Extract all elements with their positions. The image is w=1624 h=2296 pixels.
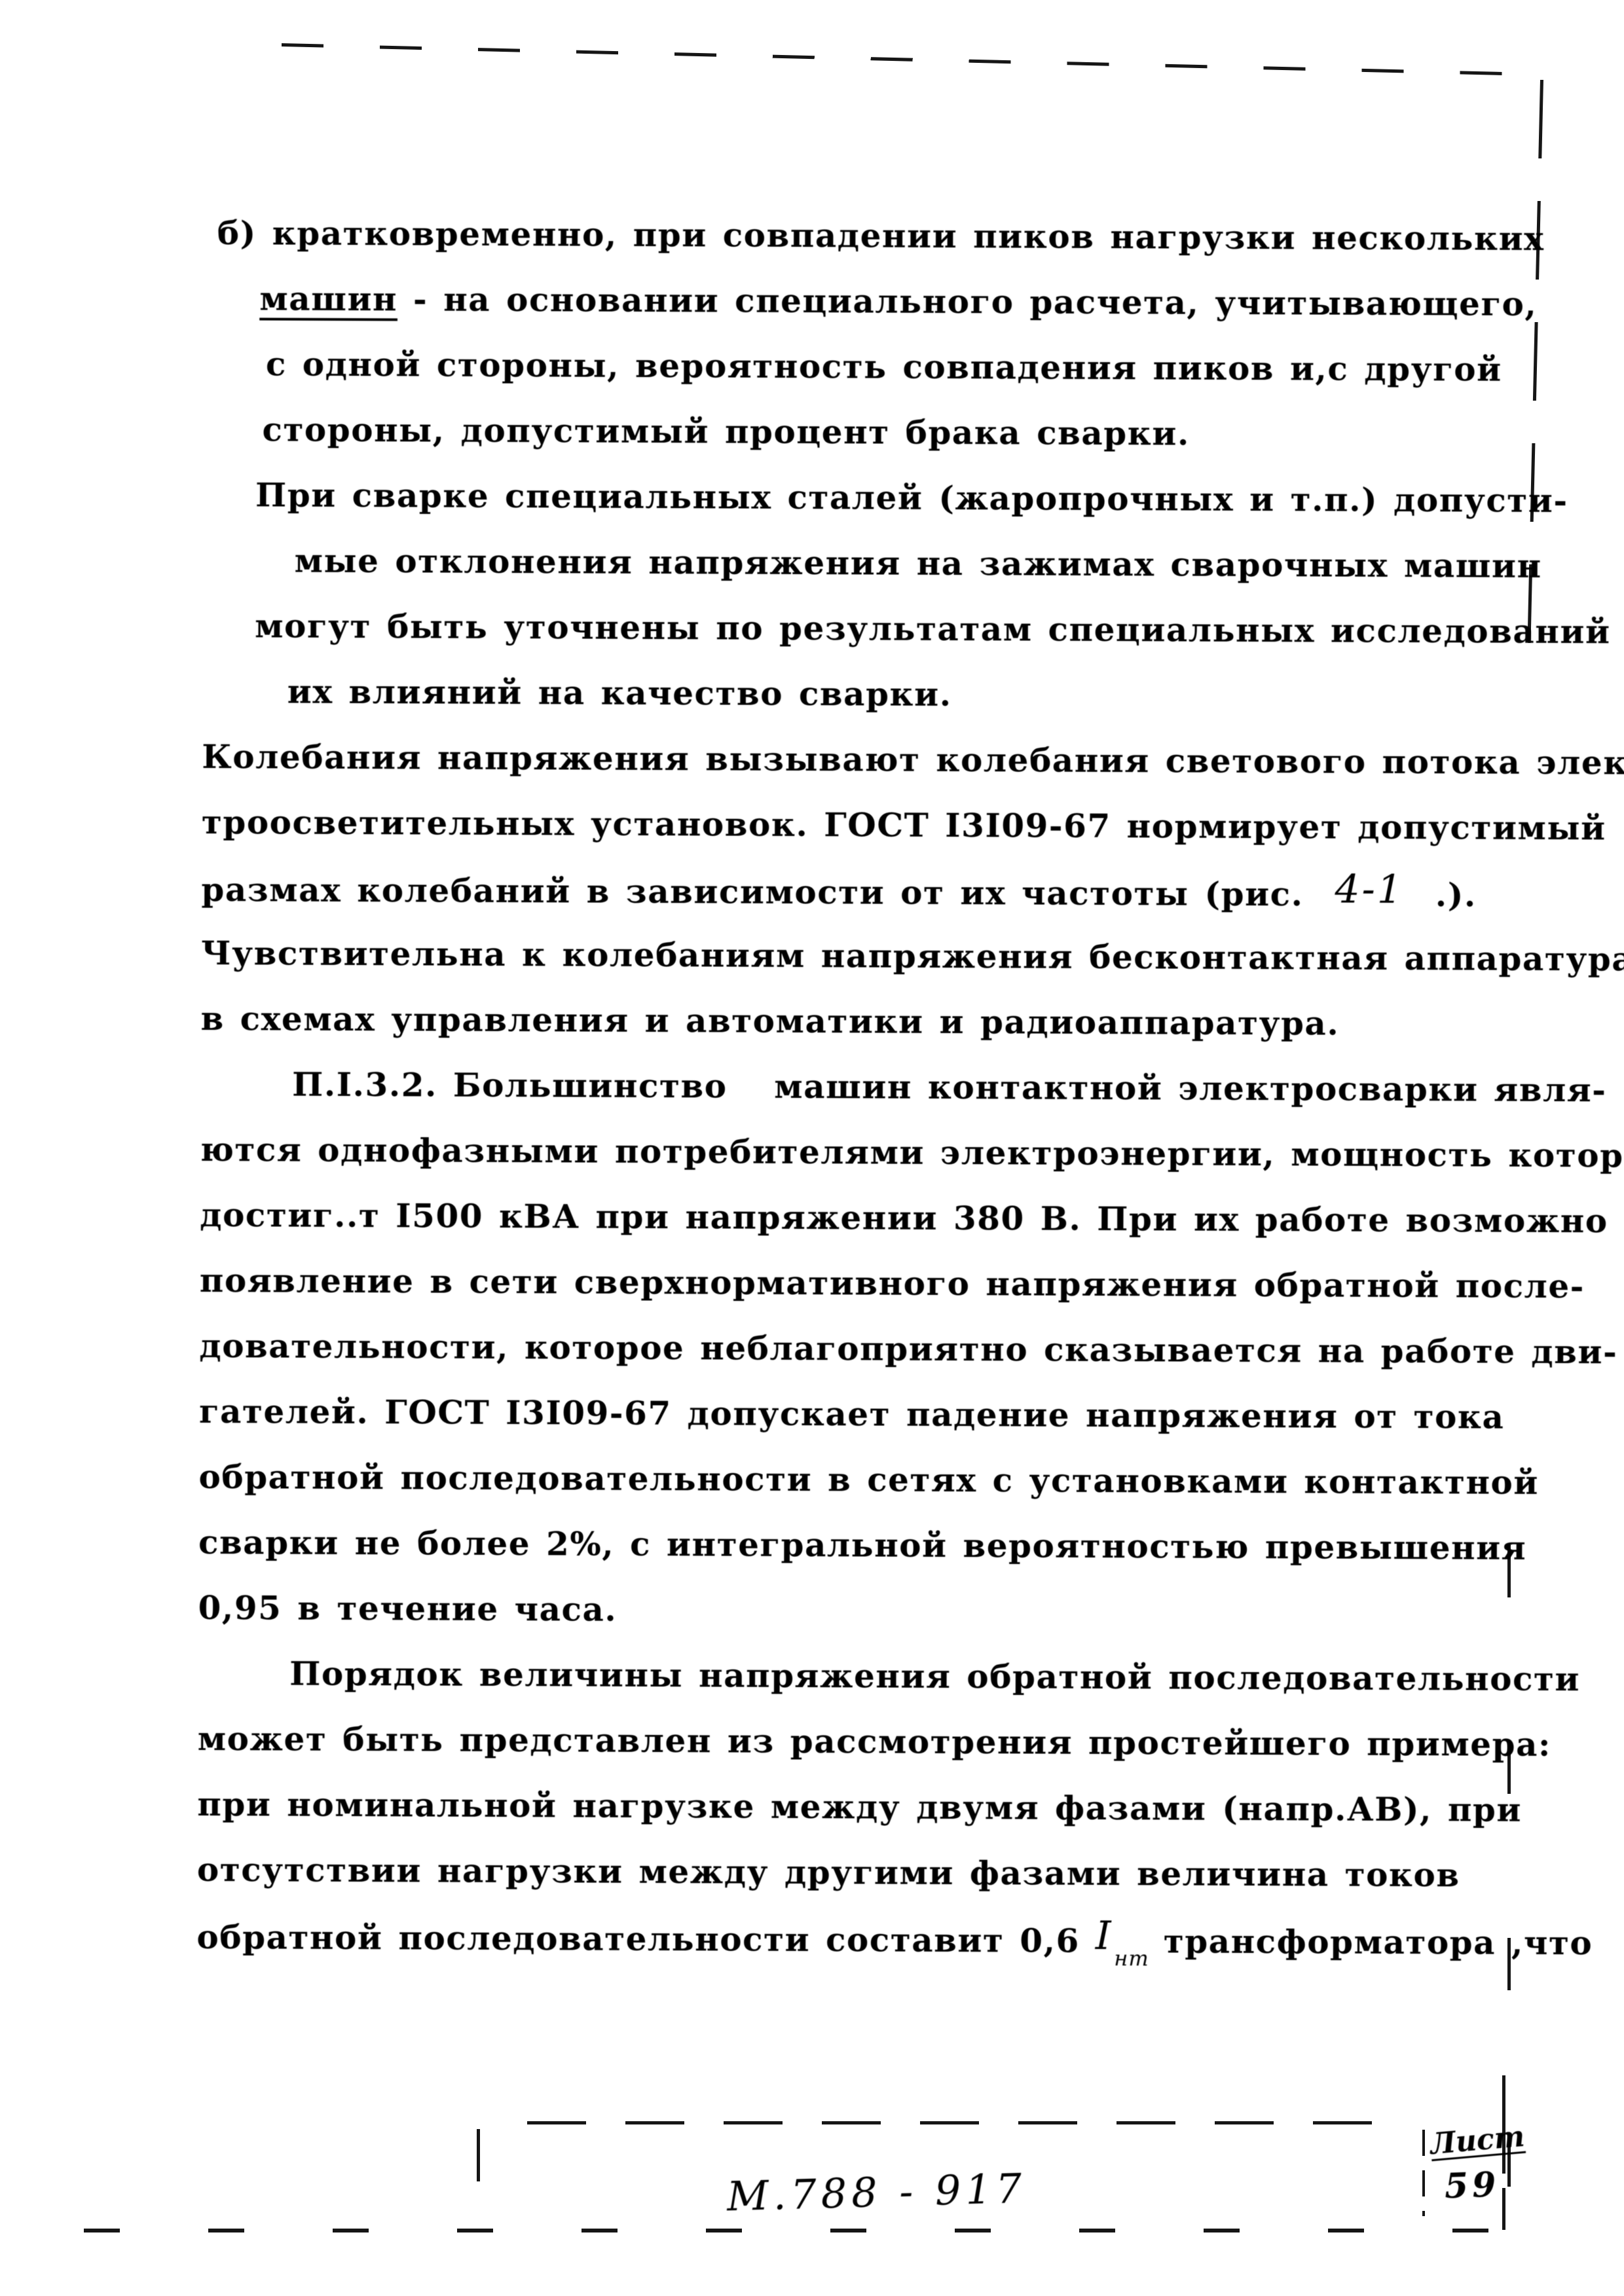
- text-segment: .).: [1404, 875, 1477, 914]
- typewritten-text: б) кратковременно, при совпадении пиков …: [196, 200, 1488, 1974]
- scan-border-bottom-dashes: [84, 2229, 1532, 2232]
- text-line: б) кратковременно, при совпадении пиков …: [204, 200, 1488, 272]
- text-segment: трансформатора ,что: [1148, 1922, 1593, 1962]
- scan-border-footer-tick: [477, 2129, 480, 2181]
- subscript: нт: [1114, 1946, 1149, 1971]
- text-line: Чувствительна к колебаниям напряжения бе…: [201, 920, 1485, 992]
- text-line: довательности, которое неблагоприятно ск…: [199, 1313, 1483, 1385]
- handwritten-figure-ref: 4-1: [1335, 867, 1404, 913]
- text-line: мые отклонения напряжения на зажимах сва…: [202, 528, 1486, 599]
- text-segment: размах колебаний в зависимости от их час…: [201, 870, 1335, 914]
- text-line: троосветительных установок. ГОСТ I3I09-6…: [202, 790, 1485, 861]
- text-line: Порядок величины напряжения обратной пос…: [198, 1641, 1481, 1712]
- text-segment: обратной последовательности составит 0,6: [196, 1918, 1096, 1960]
- scanned-document-page: б) кратковременно, при совпадении пиков …: [0, 0, 1624, 2296]
- underlined-word: машин: [259, 279, 397, 318]
- text-line: гателей. ГОСТ I3I09-67 допускает падение…: [199, 1379, 1483, 1450]
- text-line: сварки не более 2%, с интегральной вероя…: [198, 1510, 1482, 1581]
- text-line: размах колебаний в зависимости от их час…: [201, 855, 1485, 926]
- text-line: их влияний на качество сварки.: [202, 659, 1486, 730]
- text-line: могут быть уточнены по результатам специ…: [202, 593, 1486, 665]
- text-line: в схемах управления и автоматики и радио…: [200, 986, 1484, 1057]
- text-line: 0,95 в течение часа.: [198, 1575, 1481, 1647]
- text-line: может быть представлен из рассмотрения п…: [198, 1706, 1481, 1777]
- text-line: отсутствии нагрузки между другими фазами…: [197, 1837, 1481, 1908]
- text-line: обратной последовательности составит 0,6…: [196, 1903, 1480, 1974]
- sheet-label: Лист: [1429, 2120, 1526, 2161]
- text-line: появление в сети сверхнормативного напря…: [200, 1248, 1483, 1319]
- text-line: стороны, допустимый процент брака сварки…: [203, 397, 1486, 468]
- scan-border-top-dashes: [282, 43, 1552, 77]
- handwritten-document-code: М.788 - 917: [726, 2164, 1027, 2221]
- text-line: обратной последовательности в сетях с ус…: [198, 1444, 1482, 1516]
- text-line: Колебания напряжения вызывают колебания …: [202, 724, 1485, 795]
- scan-border-footer-dashes: [527, 2121, 1372, 2124]
- text-line: достиг..т I500 кВА при напряжении 380 В.…: [200, 1182, 1483, 1254]
- sheet-box-left-border: [1422, 2130, 1425, 2216]
- sheet-number: 59: [1444, 2165, 1500, 2207]
- text-line: машин - на основании специального расчет…: [204, 266, 1487, 337]
- text-line: ются однофазными потребителями электроэн…: [200, 1117, 1483, 1188]
- text-line: П.I.3.2. Большинство машин контактной эл…: [200, 1051, 1484, 1123]
- text-line: При сварке специальных сталей (жаропрочн…: [203, 462, 1486, 534]
- text-line-rest: - на основании специального расчета, учи…: [397, 280, 1537, 323]
- text-line: с одной стороны, вероятность совпадения …: [204, 331, 1487, 403]
- handwritten-current-symbol: Iнт: [1096, 1913, 1148, 1959]
- text-line: при номинальной нагрузке между двумя фаз…: [197, 1772, 1481, 1843]
